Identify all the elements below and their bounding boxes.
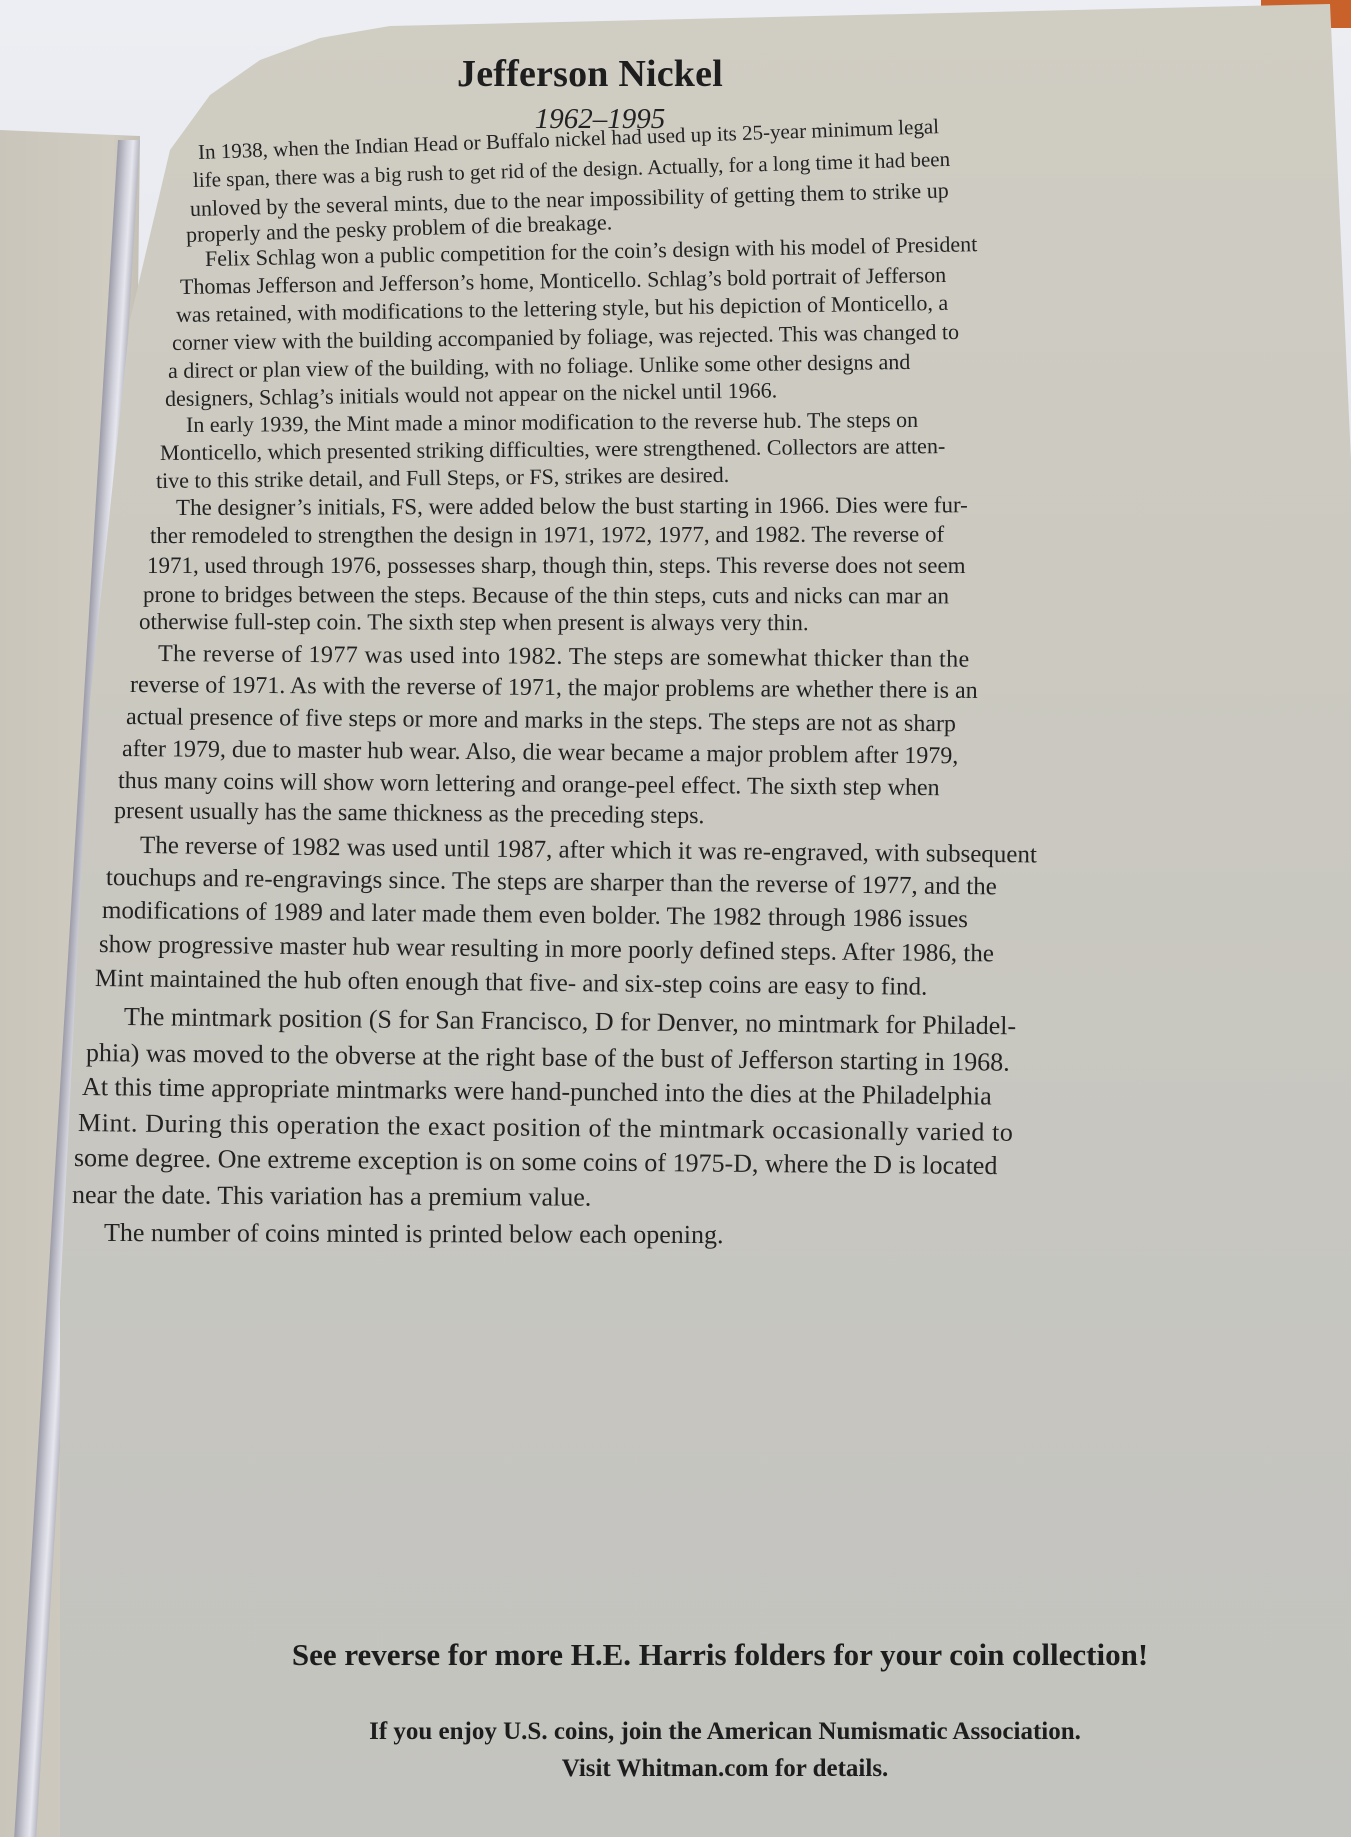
text-line: The reverse of 1977 was used into 1982. … bbox=[158, 641, 970, 674]
text-line: modifications of 1989 and later made the… bbox=[102, 897, 968, 934]
text-line: present usually has the same thickness a… bbox=[114, 798, 705, 830]
text-line: otherwise full-step coin. The sixth step… bbox=[139, 609, 809, 636]
text-line: thus many coins will show worn lettering… bbox=[118, 768, 940, 802]
text-line: The mintmark position (S for San Francis… bbox=[124, 1002, 1016, 1041]
text-line: Monticello, which presented striking dif… bbox=[160, 433, 945, 466]
text-line: near the date. This variation has a prem… bbox=[72, 1180, 591, 1213]
text-line: The number of coins minted is printed be… bbox=[104, 1218, 724, 1250]
text-line: Mint maintained the hub often enough tha… bbox=[95, 965, 928, 1002]
page-title: Jefferson Nickel bbox=[440, 52, 740, 96]
whitman-visit-line: Visit Whitman.com for details. bbox=[230, 1750, 1220, 1787]
promo-info: If you enjoy U.S. coins, join the Americ… bbox=[230, 1713, 1220, 1787]
ana-join-line: If you enjoy U.S. coins, join the Americ… bbox=[230, 1713, 1220, 1750]
text-line: Mint. During this operation the exact po… bbox=[78, 1108, 1014, 1148]
text-line: after 1979, due to master hub wear. Also… bbox=[122, 736, 959, 770]
text-line: reverse of 1971. As with the reverse of … bbox=[130, 672, 978, 705]
text-line: show progressive master hub wear resulti… bbox=[99, 931, 994, 968]
text-line: 1971, used through 1976, possesses sharp… bbox=[147, 553, 966, 579]
text-line: prone to bridges between the steps. Beca… bbox=[143, 582, 949, 609]
text-line: The designer’s initials, FS, were added … bbox=[176, 492, 968, 521]
text-line: some degree. One extreme exception is on… bbox=[74, 1143, 998, 1181]
page-content: Jefferson Nickel 1962–1995 In 1938, when… bbox=[0, 0, 1351, 1837]
text-line: At this time appropriate mintmarks were … bbox=[82, 1072, 992, 1112]
text-line: In early 1939, the Mint made a minor mod… bbox=[186, 407, 918, 438]
text-line: tive to this strike detail, and Full Ste… bbox=[156, 462, 729, 494]
promo-headline: See reverse for more H.E. Harris folders… bbox=[160, 1637, 1280, 1673]
text-line: ther remodeled to strengthen the design … bbox=[150, 522, 944, 549]
text-line: The reverse of 1982 was used until 1987,… bbox=[140, 832, 1037, 869]
text-line: touchups and re-engravings since. The st… bbox=[106, 864, 997, 901]
text-line: actual presence of five steps or more an… bbox=[126, 704, 956, 738]
text-line: phia) was moved to the obverse at the ri… bbox=[86, 1038, 1010, 1078]
